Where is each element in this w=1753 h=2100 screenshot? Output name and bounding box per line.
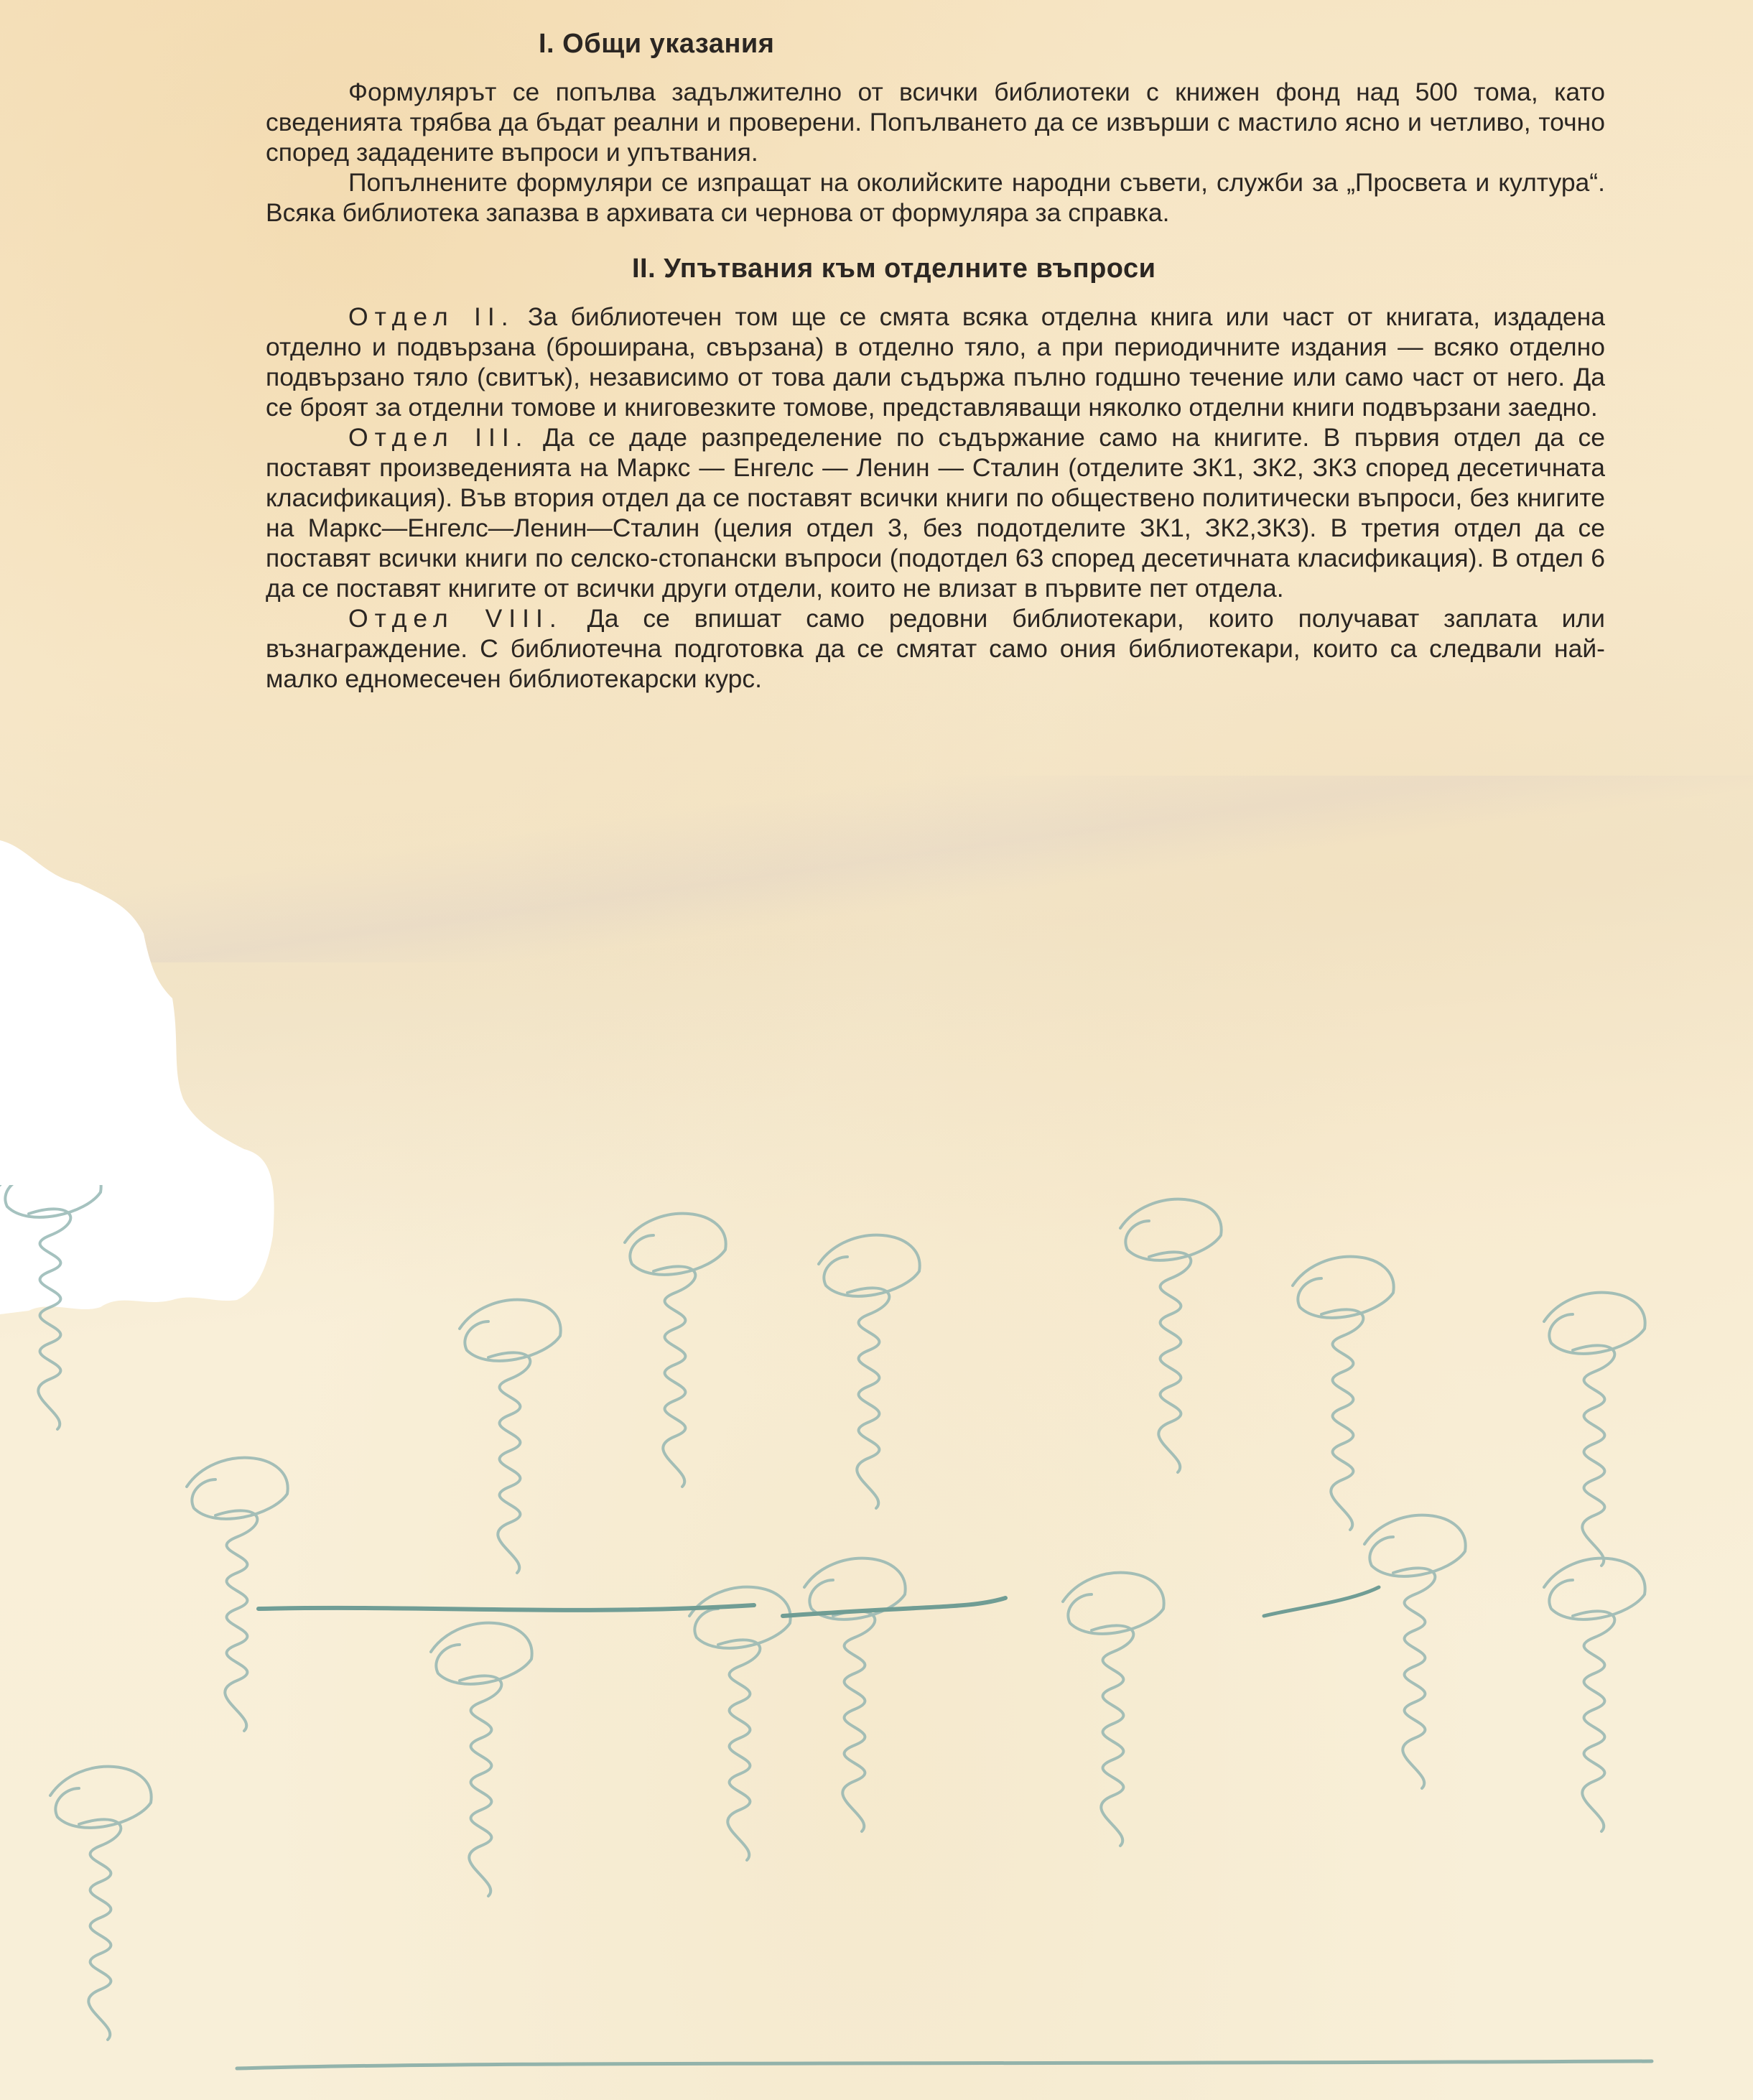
item-label: Отдел VIII. — [348, 604, 563, 633]
instruction-item: Отдел VIII. Да се впишат само редовни би… — [266, 603, 1605, 694]
pencil-scribbles — [0, 1185, 1753, 2100]
section-heading-general: I. Общи указания — [539, 29, 1605, 60]
section-heading-instructions: II. Упътвания към отделните въпроси — [632, 254, 1605, 284]
paragraph: Попълнените формуляри се изпращат на око… — [266, 167, 1605, 228]
instruction-item: Отдел II. За библиотечен том ще се смята… — [266, 302, 1605, 422]
instruction-item: Отдел III. Да се даде разпределение по с… — [266, 422, 1605, 603]
paragraph: Формулярът се попълва задължително от вс… — [266, 77, 1605, 167]
item-label: Отдел II. — [348, 302, 515, 331]
item-label: Отдел III. — [348, 423, 529, 452]
document-text: I. Общи указания Формулярът се попълва з… — [266, 22, 1605, 694]
